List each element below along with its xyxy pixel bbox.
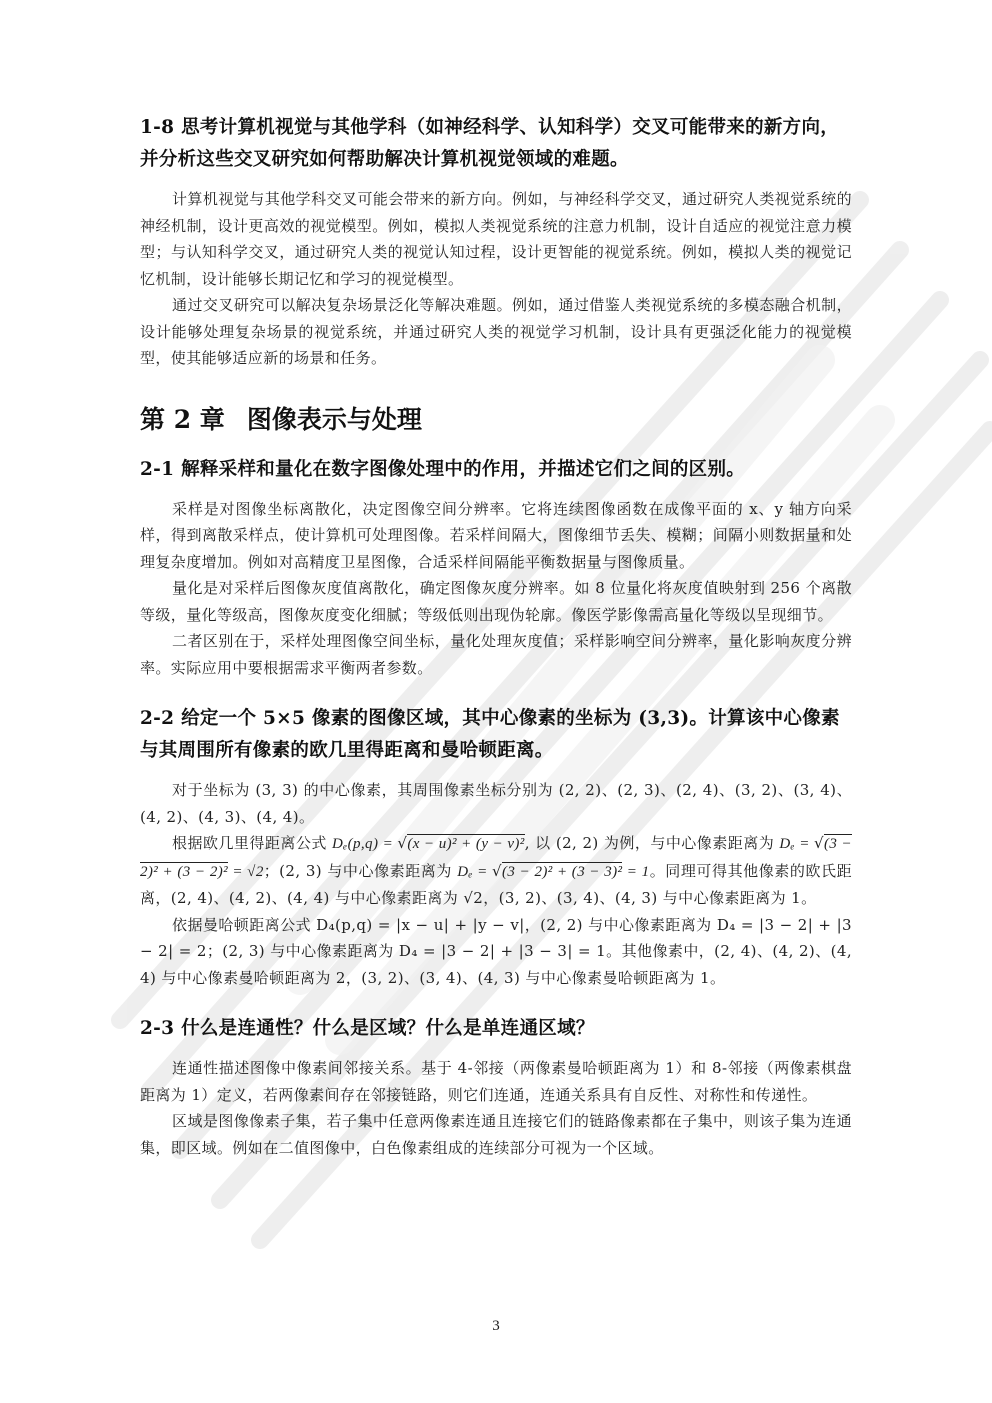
answer-paragraph: 通过交叉研究可以解决复杂场景泛化等解决难题。例如，通过借鉴人类视觉系统的多模态融… [140, 292, 852, 372]
question-title: 2-2 给定一个 5×5 像素的图像区域，其中心像素的坐标为 (3,3)。计算该… [140, 703, 852, 767]
section-2-1: 2-1 解释采样和量化在数字图像处理中的作用，并描述它们之间的区别。 采样是对图… [140, 454, 852, 682]
sqrt-radicand: (x − u)² + (y − v)² [407, 834, 524, 852]
document-page: 1-8 思考计算机视觉与其他学科（如神经科学、认知科学）交叉可能带来的新方向，并… [140, 112, 852, 1161]
euclidean-formula: Dₑ(p,q) = [332, 836, 397, 852]
answer-paragraph: 计算机视觉与其他学科交叉可能会带来的新方向。例如，与神经科学交叉，通过研究人类视… [140, 186, 852, 292]
formula: Dₑ = [457, 864, 492, 880]
text-run: ；(2, 3) 与中心像素距离为 [264, 862, 458, 880]
answer-paragraph: 量化是对采样后图像灰度值离散化，确定图像灰度分辨率。如 8 位量化将灰度值映射到… [140, 575, 852, 628]
euclidean-paragraph: 根据欧几里得距离公式 Dₑ(p,q) = √(x − u)² + (y − v)… [140, 830, 852, 912]
answer-paragraph: 二者区别在于，采样处理图像空间坐标，量化处理灰度值；采样影响空间分辨率，量化影响… [140, 628, 852, 681]
formula-result: = √2 [228, 864, 264, 880]
answer-paragraph: 采样是对图像坐标离散化，决定图像空间分辨率。它将连续图像函数在成像平面的 x、y… [140, 496, 852, 576]
formula: Dₑ = [779, 836, 814, 852]
answer-paragraph: 区域是图像像素子集，若子集中任意两像素连通且连接它们的链路像素都在子集中，则该子… [140, 1108, 852, 1161]
section-1-8: 1-8 思考计算机视觉与其他学科（如神经科学、认知科学）交叉可能带来的新方向，并… [140, 112, 852, 372]
sqrt-radicand: (3 − 2)² + (3 − 3)² [502, 862, 622, 880]
text-run: , 以 (2, 2) 为例，与中心像素距离为 [525, 834, 780, 852]
answer-paragraph: 对于坐标为 (3, 3) 的中心像素，其周围像素坐标分别为 (2, 2)、(2,… [140, 777, 852, 830]
formula-result: = 1 [622, 864, 649, 880]
section-2-2: 2-2 给定一个 5×5 像素的图像区域，其中心像素的坐标为 (3,3)。计算该… [140, 703, 852, 991]
answer-paragraph: 连通性描述图像中像素间邻接关系。基于 4-邻接（两像素曼哈顿距离为 1）和 8-… [140, 1055, 852, 1108]
text-run: 根据欧几里得距离公式 [172, 834, 332, 852]
chapter-heading: 第 2 章图像表示与处理 [140, 400, 852, 440]
manhattan-paragraph: 依据曼哈顿距离公式 D₄(p,q) = |x − u| + |y − v|，(2… [140, 912, 852, 992]
chapter-title: 图像表示与处理 [247, 405, 422, 434]
section-2-3: 2-3 什么是连通性？什么是区域？什么是单连通区域？ 连通性描述图像中像素间邻接… [140, 1013, 852, 1161]
question-title: 2-3 什么是连通性？什么是区域？什么是单连通区域？ [140, 1013, 852, 1045]
question-title: 1-8 思考计算机视觉与其他学科（如神经科学、认知科学）交叉可能带来的新方向，并… [140, 112, 852, 176]
page-number: 3 [0, 1318, 992, 1335]
question-title: 2-1 解释采样和量化在数字图像处理中的作用，并描述它们之间的区别。 [140, 454, 852, 486]
chapter-number: 第 2 章 [140, 405, 225, 434]
